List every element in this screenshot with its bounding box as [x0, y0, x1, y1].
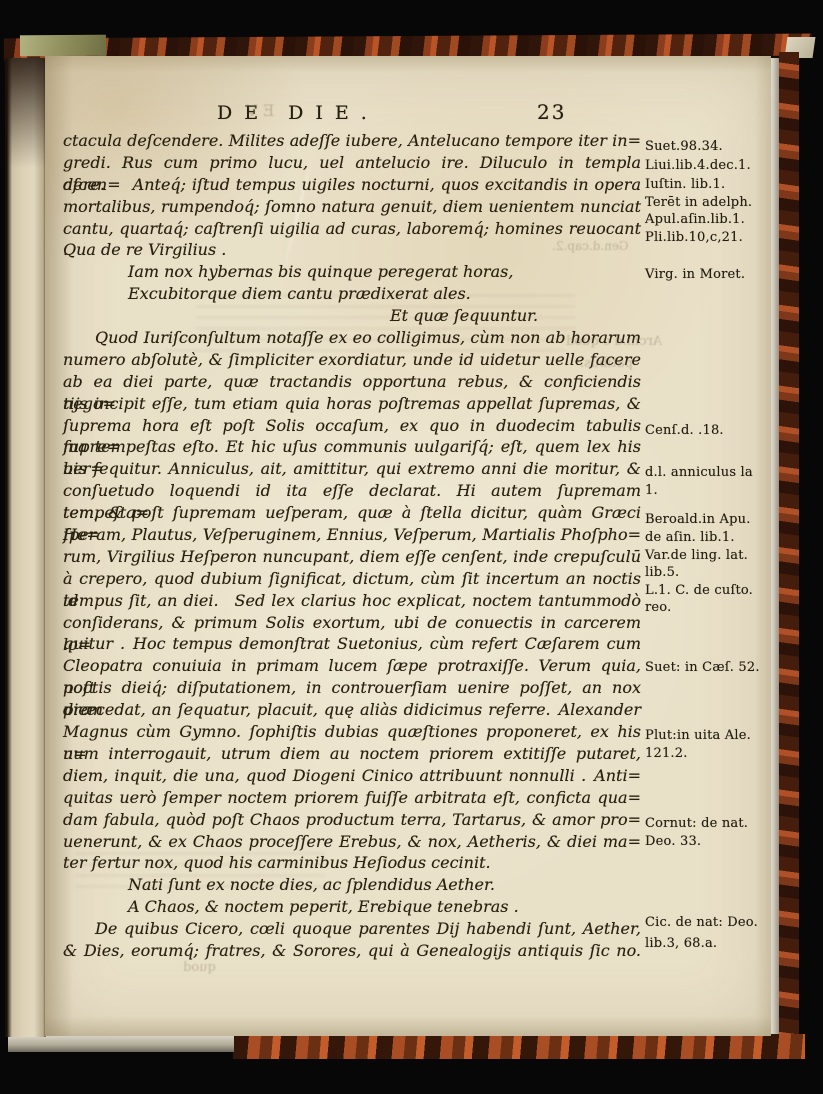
- margin-citation: Apul.aſin.lib.1.: [645, 212, 745, 227]
- body-text-line: gredi. Rus cum primo lucu, uel antelucio…: [63, 152, 641, 174]
- show-through-text: Gen.d.cap.2.: [552, 239, 629, 253]
- margin-citation: Cenſ.d. .18.: [645, 423, 724, 438]
- show-through-text: E V: [246, 101, 274, 120]
- body-text-line: tijs incipit eſſe, tum etiam quia horas …: [63, 393, 641, 415]
- facing-page-edge: [5, 58, 46, 1037]
- margin-citation: Var.de ling. lat.: [645, 548, 748, 563]
- margin-citation: Deo. 33.: [645, 834, 701, 849]
- margin-citation: lib.5.: [645, 565, 679, 580]
- book-cover-right-edge: [779, 52, 799, 1058]
- body-text-line: conſuetudo loquendi id ita eſſe declarat…: [63, 480, 641, 502]
- body-text-line: De quibus Cicero, cœli quoque parentes D…: [63, 918, 641, 940]
- margin-citation: 121.2.: [645, 746, 688, 761]
- body-text-line: Excubitorque diem cantu prædixerat ales.: [63, 283, 641, 305]
- book-headband: [20, 35, 106, 57]
- body-text-line: bis ſequitur. Anniculus, ait, amittitur,…: [63, 458, 641, 480]
- body-text-line: num interrogauit, utrum diem au noctem p…: [63, 743, 641, 765]
- margin-citation: Plut:in uita Ale.: [645, 728, 751, 743]
- body-text-line: quitas uerò ſemper noctem priorem fuiſſe…: [63, 787, 641, 809]
- margin-citation: 1.: [645, 483, 658, 498]
- body-text-line: ſperam, Plautus, Veſperuginem, Ennius, V…: [63, 524, 641, 546]
- margin-citation: Suet: in Cæſ. 52.: [645, 660, 760, 675]
- margin-citation: Pli.lib.10,c,21.: [645, 230, 743, 245]
- margin-citation: Beroald.in Apu.: [645, 512, 751, 527]
- body-text-line: præcedat, an ſequatur, placuit, quę alià…: [63, 699, 641, 721]
- body-text-line: Iam nox hybernas bis quinque peregerat h…: [63, 261, 641, 283]
- body-text-line: A Chaos, & noctem peperit, Erebique tene…: [63, 896, 641, 918]
- body-text-line: uenerunt, & ex Chaos proceſſere Erebus, …: [63, 831, 641, 853]
- body-text-line: diem, inquit, die una, quod Diogeni Cini…: [63, 765, 641, 787]
- body-text-line: ab ea diei parte, quæ tractandis opportu…: [63, 371, 641, 393]
- body-text-line: noctis dieiq́; diſputationem, in controu…: [63, 677, 641, 699]
- gutter-shadow: [5, 58, 46, 168]
- body-text-line: rum, Virgilius Heſperon nuncupant, diem …: [63, 546, 641, 568]
- body-text-line: ſuprema hora eſt poſt Solis occaſum, ex …: [63, 415, 641, 437]
- book-cover-bottom-edge: [233, 1034, 805, 1059]
- page-fore-edge-bottom: [8, 1036, 234, 1052]
- body-text-line: à crepero, quod dubium ſignificat, dictu…: [63, 568, 641, 590]
- show-through-text: Archi.d c quod: [566, 334, 662, 349]
- body-text-line: quitur . Hoc tempus demonſtrat Suetonius…: [63, 633, 641, 655]
- page-number: 23: [537, 100, 566, 124]
- margin-citation: Terēt in adelph.: [645, 195, 752, 210]
- body-text-line: Cleopatra conuiuia in primam lucem ſæpe …: [63, 655, 641, 677]
- margin-citation: Liui.lib.4.dec.1.: [645, 158, 751, 173]
- body-text-block: ctacula deſcendere. Milites adeſſe iuber…: [63, 130, 641, 962]
- margin-citation: Cornut: de nat.: [645, 816, 748, 831]
- margin-citation: de aſin. lib.1.: [645, 530, 735, 545]
- body-text-line: tempus ſit, an diei. Sed lex clarius hoc…: [63, 590, 641, 612]
- show-through-text: quod: [183, 960, 216, 975]
- margin-citation: d.l. anniculus la: [645, 465, 753, 480]
- body-text-line: tem, & poſt ſupremam ueſperam, quæ à ſte…: [63, 502, 641, 524]
- margin-citation: Cic. de nat: Deo.: [645, 915, 758, 930]
- margin-citation: reo.: [645, 600, 671, 615]
- body-text-line: Et quæ ſequuntur.: [63, 305, 641, 327]
- body-text-line: Magnus cùm Gymno. ſophiſtis dubias quæſt…: [63, 721, 641, 743]
- body-text-line: Quod Iuriſconſultum notaſſe ex eo collig…: [63, 327, 641, 349]
- show-through-text: patibus.: [580, 356, 633, 371]
- margin-citation: Virg. in Moret.: [645, 267, 745, 282]
- margin-citation: Suet.98.34.: [645, 139, 723, 154]
- running-title: DE DIE.: [217, 102, 379, 124]
- book-photo: DE DIE. 23 ctacula deſcendere. Milites a…: [0, 0, 823, 1094]
- body-text-line: Nati ſunt ex nocte dies, ac ſplendidus A…: [63, 874, 641, 896]
- margin-citation: L.1. C. de cuſto.: [645, 583, 753, 598]
- body-text-line: mortalibus, rumpendoq́; ſomno natura gen…: [63, 196, 641, 218]
- body-text-line: cantu, quartaq́; caſtrenſi uigilia ad cu…: [63, 218, 641, 240]
- margin-citation: Iuſtin. lib.1.: [645, 177, 725, 192]
- body-text-line: ma tempeſtas eſto. Et hic uſus communis …: [63, 436, 641, 458]
- body-text-line: conſiderans, & primum Solis exortum, ubi…: [63, 612, 641, 634]
- body-text-line: & Dies, eorumq́; fratres, & Sorores, qui…: [63, 940, 641, 962]
- body-text-line: dere. Anteq́; iſtud tempus uigiles noctu…: [63, 174, 641, 196]
- body-text-line: dam fabula, quòd poſt Chaos productum te…: [63, 809, 641, 831]
- book-page: DE DIE. 23 ctacula deſcendere. Milites a…: [45, 56, 771, 1036]
- margin-citation: lib.3, 68.a.: [645, 936, 717, 951]
- body-text-line: ter fertur nox, quod his carminibus Heſi…: [63, 852, 641, 874]
- body-text-line: numero abſolutè, & ſimpliciter exordiatu…: [63, 349, 641, 371]
- body-text-line: ctacula deſcendere. Milites adeſſe iuber…: [63, 130, 641, 152]
